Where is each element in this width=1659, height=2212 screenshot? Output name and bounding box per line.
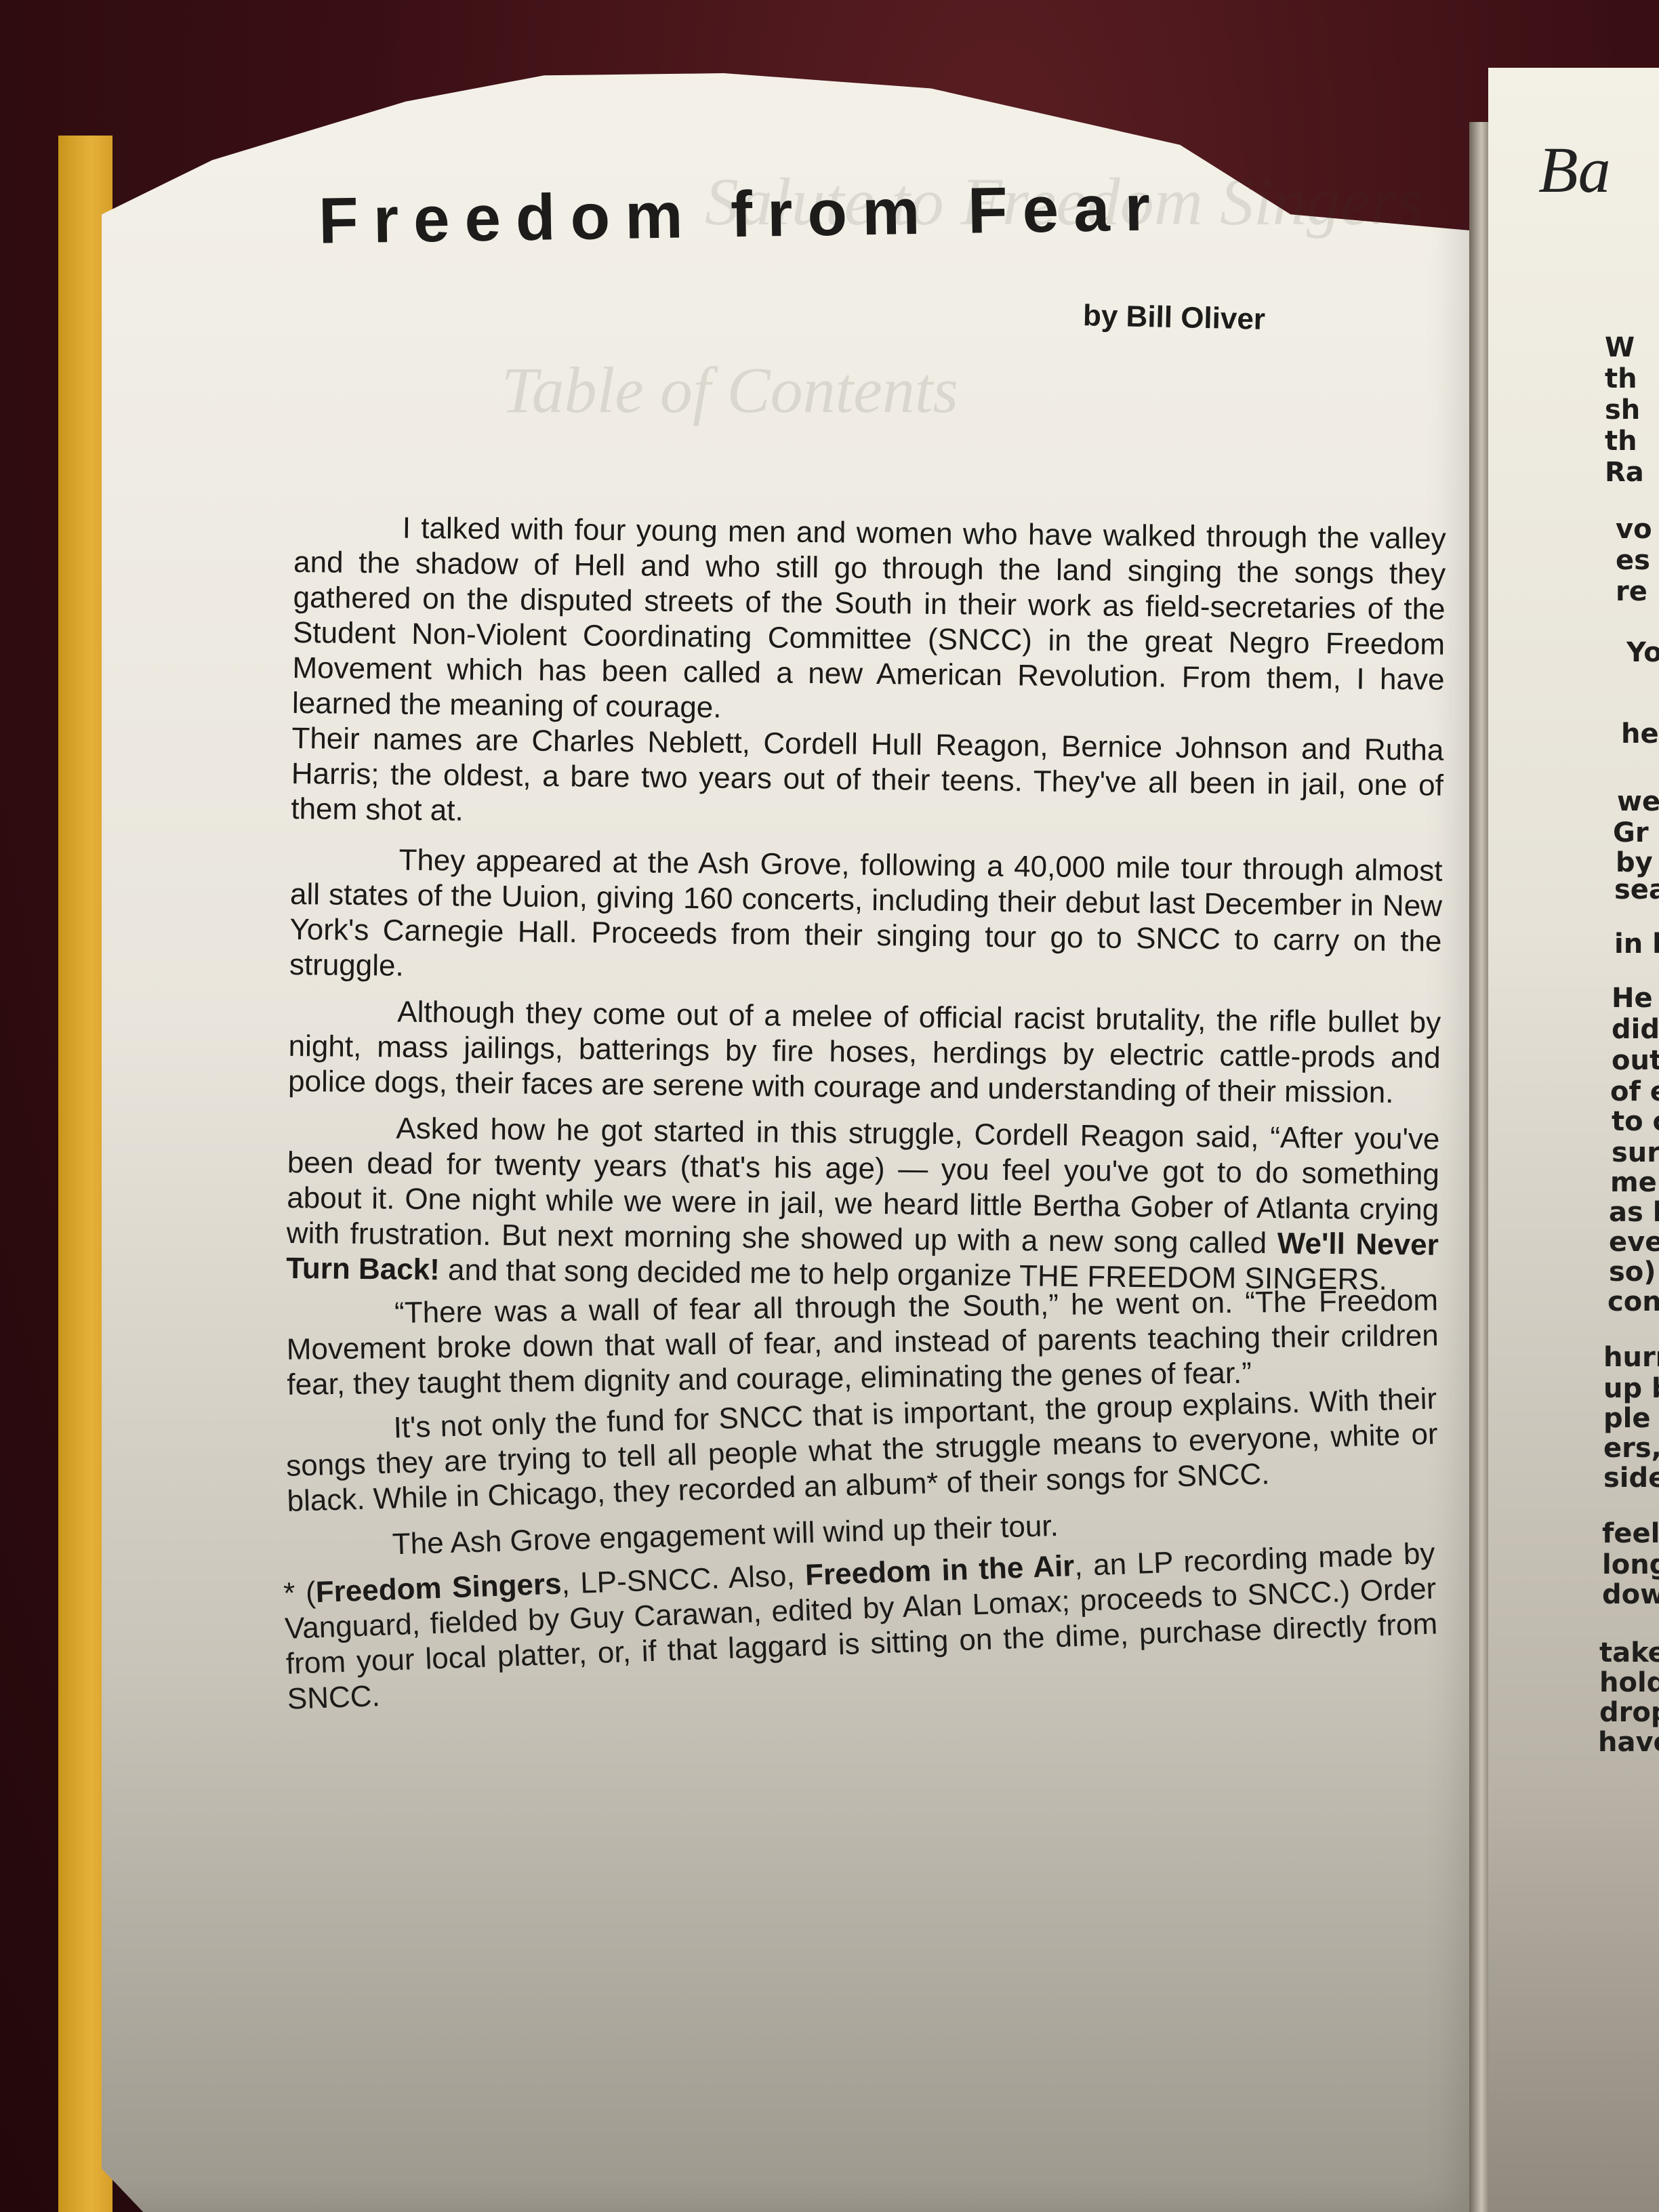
paragraph-tour: They appeared at the Ash Grove, followin… <box>289 842 1443 995</box>
right-page-line-fragment: so) - <box>1609 1256 1659 1288</box>
right-page-line-fragment: W <box>1605 332 1635 363</box>
article-title: Freedom from Fear <box>318 171 1165 259</box>
right-page-line-fragment: of e <box>1610 1076 1659 1107</box>
right-page-line-fragment: mer <box>1610 1167 1659 1198</box>
right-page-line-fragment: in h <box>1614 928 1659 960</box>
right-page-line-fragment: as h <box>1609 1197 1659 1228</box>
right-page-line-fragment: th <box>1605 363 1637 394</box>
paragraph-names: Their names are Charles Neblett, Cordell… <box>291 721 1444 839</box>
right-page-line-fragment: sh <box>1605 394 1640 426</box>
right-page-line-fragment: ers, <box>1603 1433 1659 1464</box>
right-page-line-fragment: He <box>1612 983 1653 1014</box>
paragraph-wall-of-fear: “There was a wall of fear all through th… <box>286 1283 1439 1403</box>
right-page-line-fragment: he <box>1621 718 1659 750</box>
right-page-line-fragment: sure <box>1612 1137 1659 1168</box>
right-page-line-fragment: dow <box>1602 1579 1659 1610</box>
right-page-line-fragment: to c <box>1612 1106 1659 1137</box>
right-page-line-fragment: hold <box>1599 1667 1659 1698</box>
right-page-line-fragment: up b <box>1603 1373 1659 1404</box>
right-page-line-fragment: conc <box>1607 1286 1659 1317</box>
right-page-line-fragment: ever <box>1609 1227 1659 1258</box>
quote-text-a: Asked how he got started in this struggl… <box>287 1112 1440 1260</box>
right-page-line-fragment: drop <box>1599 1697 1659 1728</box>
article: Freedom from Fear by Bill Oliver I talke… <box>102 0 1484 2212</box>
right-page-line-fragment: take <box>1599 1637 1659 1668</box>
right-page-line-fragment: th <box>1605 426 1637 457</box>
right-page-line-fragment: out <box>1612 1045 1659 1076</box>
album-freedom-singers: Freedom Singers <box>315 1568 562 1610</box>
right-page-line-fragment: long <box>1602 1549 1659 1580</box>
right-page-line-fragment: Ra <box>1605 457 1644 488</box>
right-page-line-fragment: sea <box>1614 874 1659 905</box>
right-page-heading: Ba <box>1538 132 1611 207</box>
article-body: I talked with four young men and women w… <box>281 510 1446 1759</box>
right-page-line-fragment: have <box>1598 1727 1659 1758</box>
right-page-line-fragment: feel <box>1602 1518 1659 1549</box>
album-footnote: * (Freedom Singers, LP-SNCC. Also, Freed… <box>283 1536 1439 1717</box>
paragraph-brutality: Although they come out of a melee of off… <box>288 994 1441 1111</box>
article-byline: by Bill Oliver <box>1083 299 1266 337</box>
right-page-line-fragment: es <box>1616 545 1650 576</box>
right-page-line-fragment: hurr <box>1603 1342 1659 1373</box>
paragraph-reagon-quote: Asked how he got started in this struggl… <box>286 1110 1440 1298</box>
right-page-line-fragment: Gr <box>1613 817 1649 848</box>
right-page-line-fragment: Yo <box>1626 637 1659 668</box>
paragraph-songs-purpose: It's not only the fund for SNCC that is … <box>285 1381 1439 1519</box>
right-page-line-fragment: did <box>1612 1014 1659 1045</box>
right-page-line-fragment: ple <box>1603 1403 1650 1434</box>
paragraph-intro: I talked with four young men and women w… <box>292 510 1446 733</box>
right-page-line-fragment: re <box>1616 576 1647 607</box>
right-page-line-fragment: side <box>1603 1462 1659 1494</box>
right-page-line-fragment: we <box>1617 786 1659 817</box>
right-page-line-fragment: vo <box>1616 514 1652 545</box>
